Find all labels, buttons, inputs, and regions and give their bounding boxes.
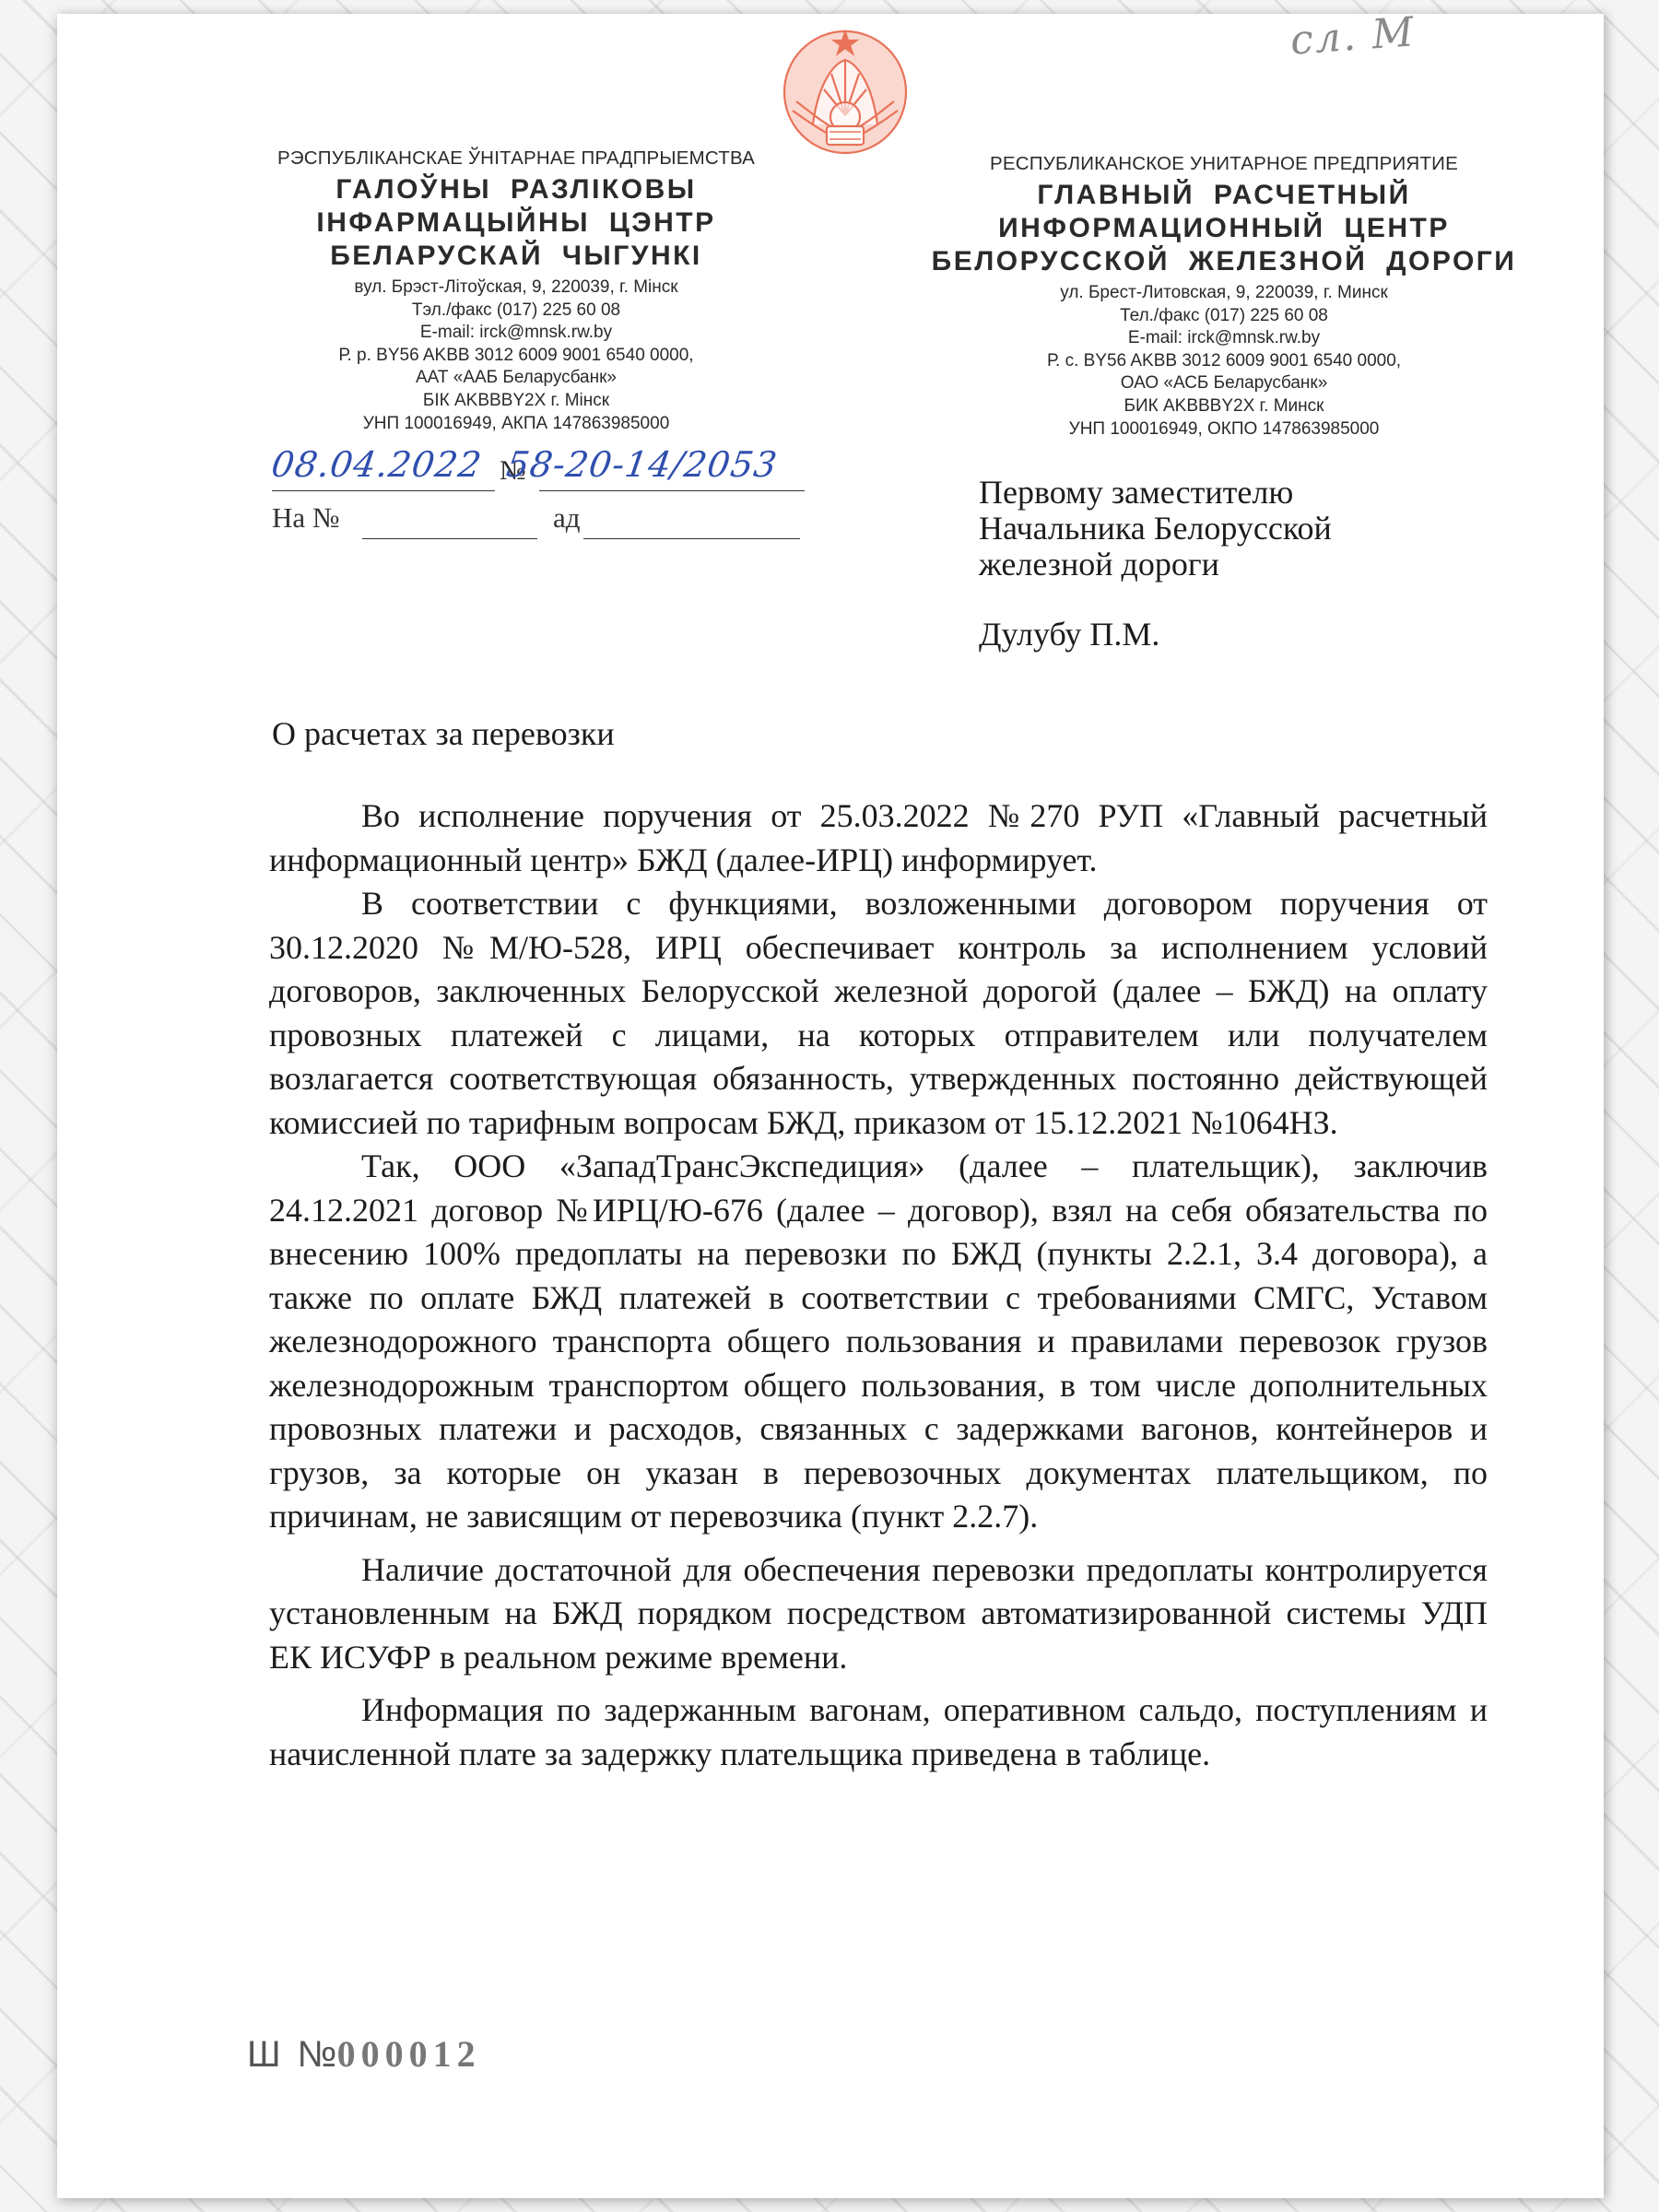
org-name-line: ГАЛОЎНЫ РАЗЛІКОВЫ (212, 173, 820, 206)
org-email: E-mail: irck@mnsk.rw.by (892, 327, 1556, 350)
handwritten-date: 08.04.2022 (269, 444, 485, 485)
reference-date-blank (583, 538, 800, 539)
addressee-line: Первому заместителю (979, 475, 1495, 511)
org-registration: УНП 100016949, ОКПО 147863985000 (892, 418, 1556, 441)
org-bank-account: Р. с. BY56 AKBB 3012 6009 9001 6540 0000… (892, 350, 1556, 373)
org-address: ул. Брест-Литовская, 9, 220039, г. Минск (892, 282, 1556, 305)
incoming-reference: На № ад (272, 498, 825, 544)
org-address: вул. Брэст-Літоўская, 9, 220039, г. Мінс… (212, 276, 820, 300)
body-paragraph: Так, ООО «ЗападТрансЭкспедиция» (далее –… (269, 1145, 1488, 1539)
letterhead-russian: РЕСПУБЛИКАНСКОЕ УНИТАРНОЕ ПРЕДПРИЯТИЕ ГЛ… (892, 151, 1556, 441)
org-bank-name: ОАО «АСБ Беларусбанк» (892, 372, 1556, 395)
org-registration: УНП 100016949, АКПА 147863985000 (212, 413, 820, 436)
number-underline (539, 490, 805, 491)
org-name-line: ИНФОРМАЦИОННЫЙ ЦЕНТР (892, 212, 1556, 245)
form-serial-number: Ш№000012 (247, 2032, 481, 2076)
state-emblem-icon (776, 23, 914, 161)
body-paragraph: Информация по задержанным вагонам, опера… (269, 1688, 1488, 1776)
reference-number-label: На № (272, 501, 339, 535)
org-email: E-mail: irck@mnsk.rw.by (212, 322, 820, 345)
serial-digits: 000012 (337, 2033, 481, 2075)
org-phone: Тэл./факс (017) 225 60 08 (212, 300, 820, 323)
org-name-line: ГЛАВНЫЙ РАСЧЕТНЫЙ (892, 179, 1556, 212)
reference-number-blank (362, 538, 537, 539)
org-name-line: БЕЛАРУСКАЙ ЧЫГУНКІ (212, 240, 820, 273)
org-name-line: ІНФАРМАЦЫЙНЫ ЦЭНТР (212, 206, 820, 240)
addressee-line: Начальника Белорусской (979, 511, 1495, 547)
org-bank-name: ААТ «ААБ Беларусбанк» (212, 367, 820, 390)
org-bank-account: Р. р. BY56 AKBB 3012 6009 9001 6540 0000… (212, 345, 820, 368)
body-paragraph: Во исполнение поручения от 25.03.2022 №2… (269, 794, 1488, 882)
handwritten-outgoing-number: 58-20-14/2053 (504, 444, 780, 485)
addressee-block: Первому заместителю Начальника Белорусск… (979, 475, 1495, 653)
addressee-line: железной дороги (979, 547, 1495, 582)
date-underline (272, 490, 495, 491)
reference-from-label: ад (553, 501, 581, 535)
org-bic: БИК AKBBBY2X г. Минск (892, 395, 1556, 418)
body-paragraph: Наличие достаточной для обеспечения пере… (269, 1548, 1488, 1680)
addressee-name: Дулубу П.М. (979, 617, 1495, 653)
serial-number-sign: № (298, 2034, 337, 2075)
outgoing-registration: 08.04.2022 № 58-20-14/2053 (272, 442, 805, 498)
letter-body: Во исполнение поручения от 25.03.2022 №2… (269, 794, 1488, 1776)
org-type: РЕСПУБЛИКАНСКОЕ УНИТАРНОЕ ПРЕДПРИЯТИЕ (892, 151, 1556, 177)
letter-subject: О расчетах за перевозки (272, 714, 615, 753)
body-paragraph: В соответствии с функциями, возложенными… (269, 882, 1488, 1145)
org-type: РЭСПУБЛІКАНСКАЕ ЎНІТАРНАЕ ПРАДПРЫЕМСТВА (212, 146, 820, 171)
org-name-line: БЕЛОРУССКОЙ ЖЕЛЕЗНОЙ ДОРОГИ (892, 245, 1556, 278)
org-phone: Тел./факс (017) 225 60 08 (892, 305, 1556, 328)
handwritten-margin-note: сл. М (1288, 8, 1417, 64)
letterhead-belarusian: РЭСПУБЛІКАНСКАЕ ЎНІТАРНАЕ ПРАДПРЫЕМСТВА … (212, 146, 820, 435)
serial-series-letter: Ш (247, 2034, 281, 2075)
org-bic: БІК AKBBBY2X г. Мінск (212, 390, 820, 413)
